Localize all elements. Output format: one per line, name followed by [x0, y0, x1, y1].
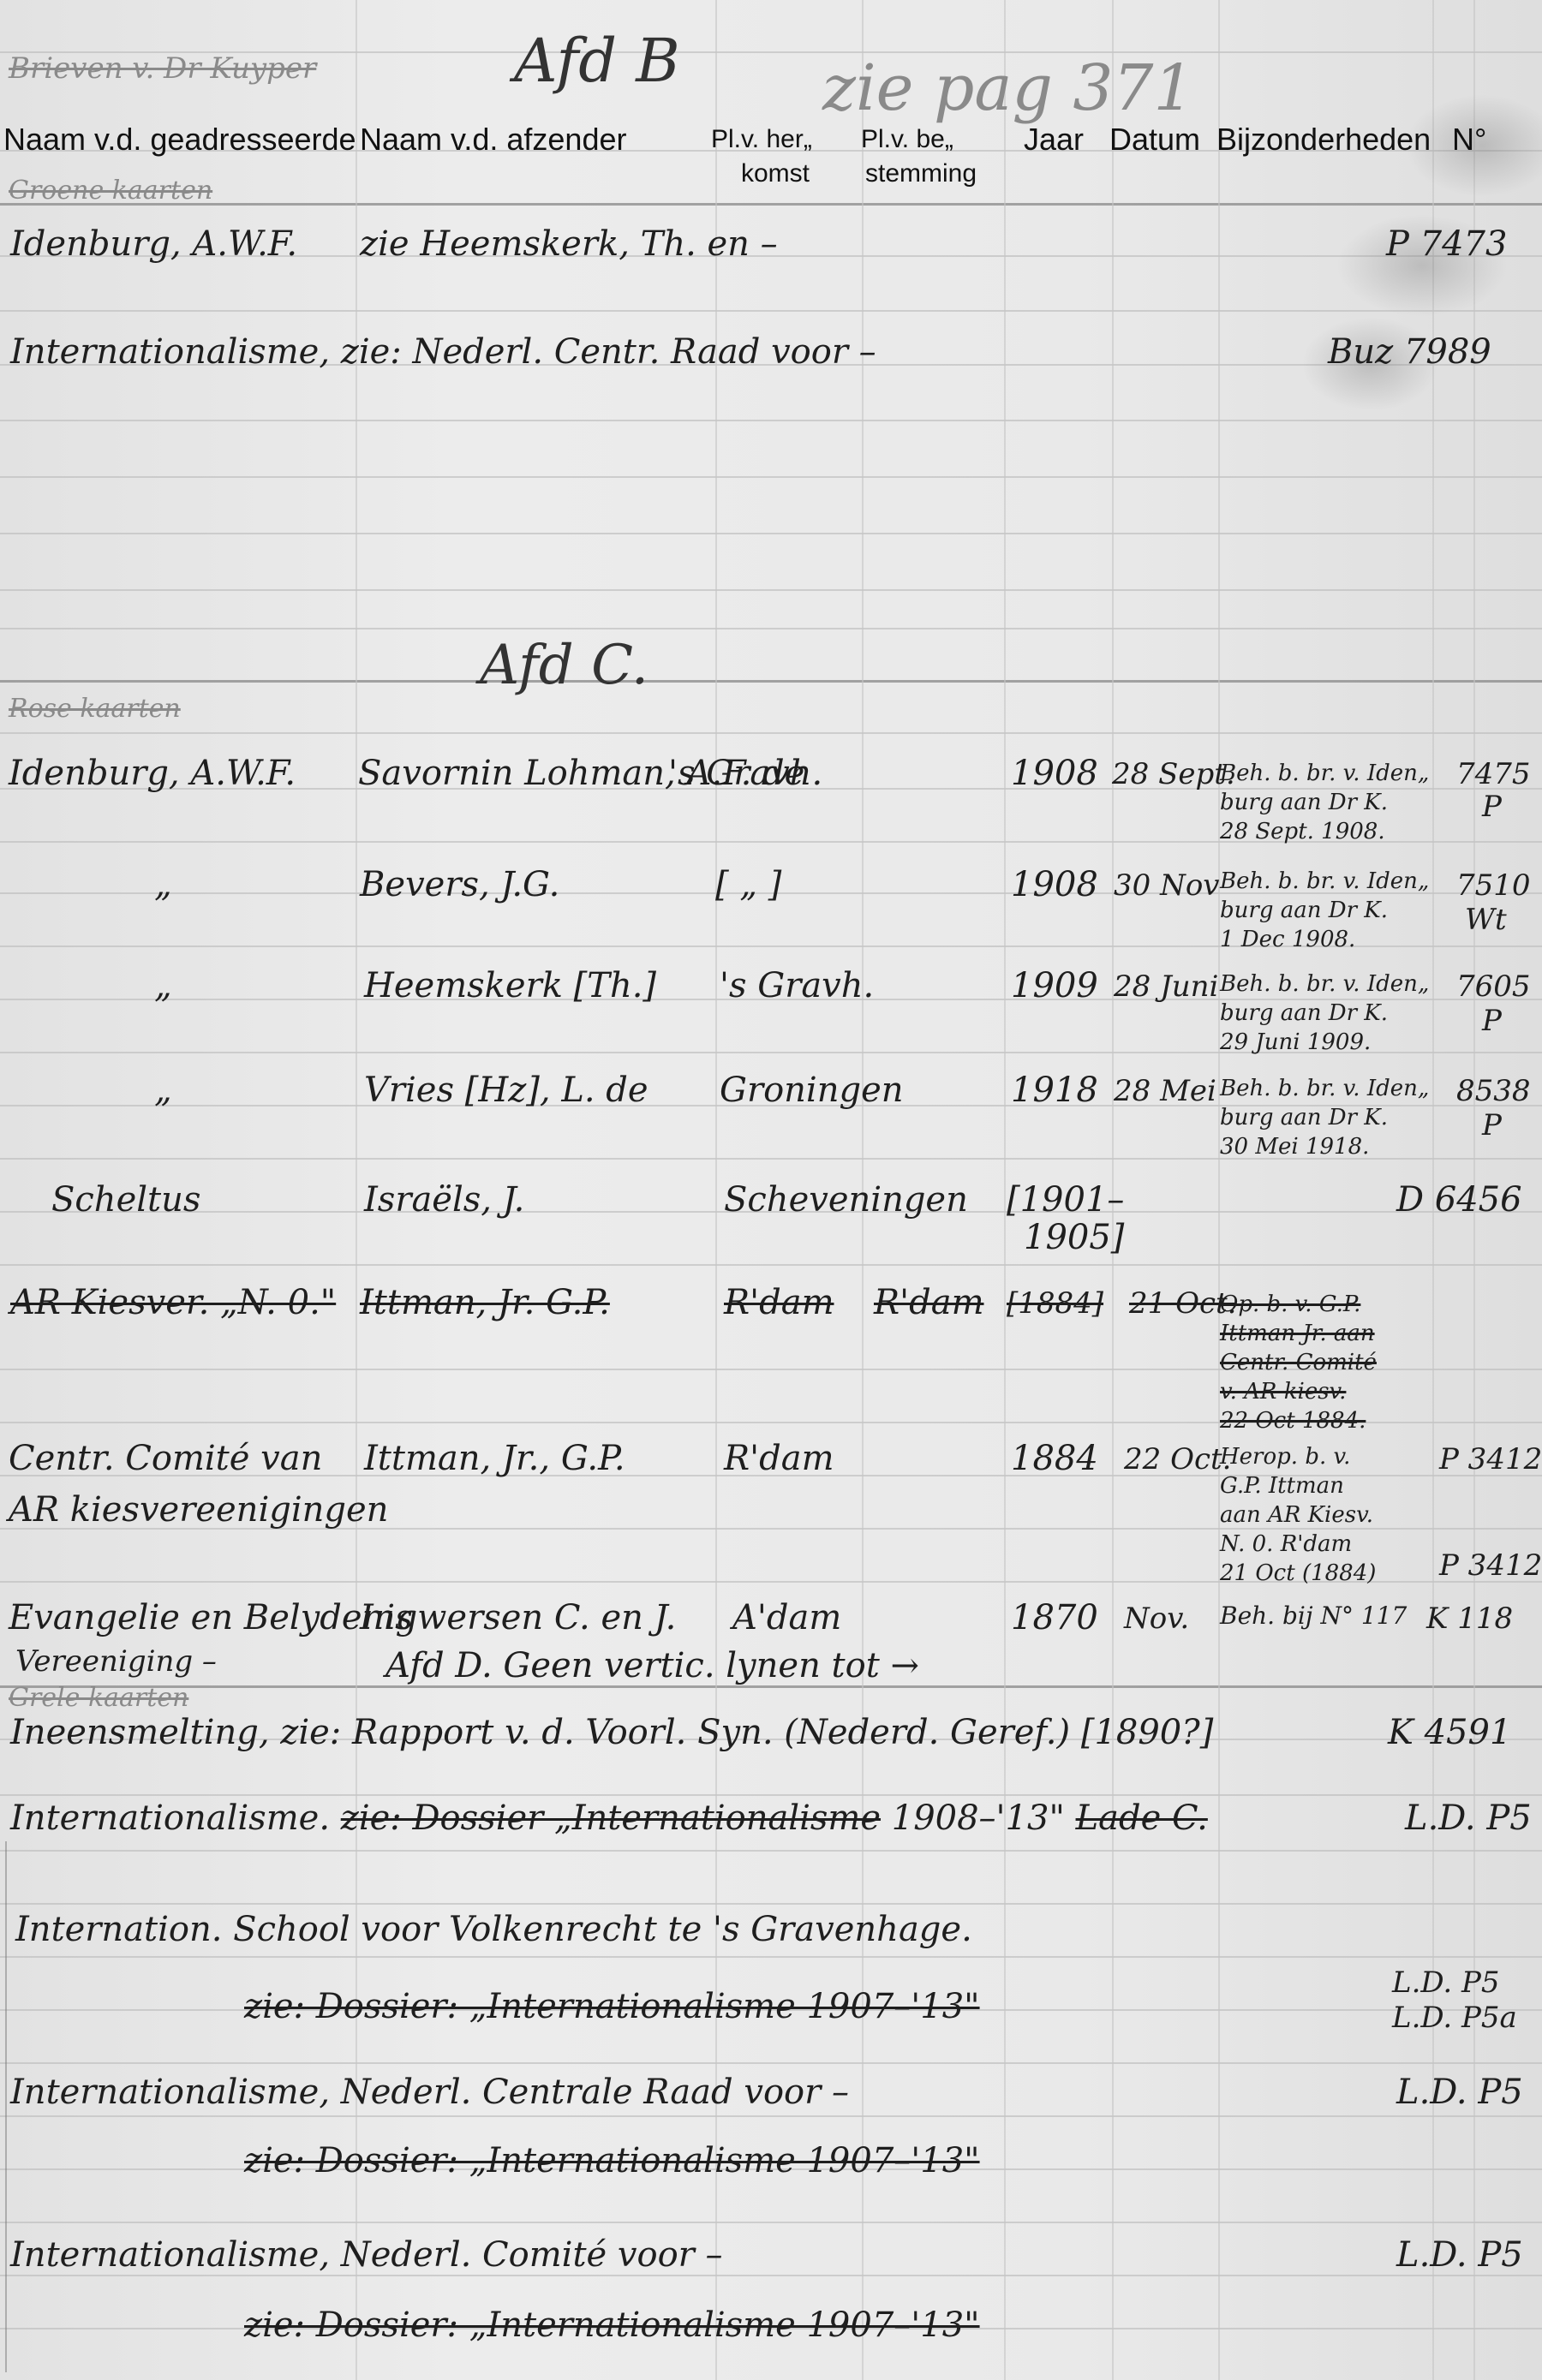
ruled-line [0, 1956, 1542, 1958]
row-c8-nummer: K 118 [1426, 1602, 1513, 1636]
row-c5-geadresseerde: Scheltus [51, 1180, 200, 1220]
row-c7-geadresseerde-2: AR kiesvereenigingen [9, 1490, 388, 1530]
detail-line: Ittman Jr. aan [1220, 1319, 1377, 1348]
row-d2-suffix: 1908–'13" [892, 1798, 1065, 1838]
detail-line: Centr. Comité [1220, 1348, 1377, 1377]
row-d1-text: Ineensmelting, zie: Rapport v. d. Voorl.… [10, 1713, 1213, 1752]
row-d3-nummer-2: L.D. P5a [1392, 2001, 1517, 2035]
row-c3-nummer: 7605 [1456, 969, 1531, 1004]
row-d2-text: Internationalisme. zie: Dossier „Interna… [10, 1798, 1208, 1838]
row-d3-nummer: L.D. P5 [1392, 1965, 1500, 2000]
row-c5-herkomst: Scheveningen [724, 1180, 968, 1220]
row-d5-text: Internationalisme, Nederl. Comité voor – [10, 2235, 723, 2275]
ruled-line [0, 589, 1542, 591]
ruled-line [0, 1794, 1542, 1796]
row-d4-line2: zie: Dossier: „Internationalisme 1907–'1… [244, 2141, 980, 2180]
ruled-line [0, 310, 1542, 312]
row-c5-afzender: Israëls, J. [364, 1180, 524, 1220]
afd-b-row-2-nummer: Buz 7989 [1328, 332, 1491, 372]
ledger-page: Brieven v. Dr Kuyper Afd B zie pag 371 N… [0, 0, 1542, 2380]
column-header-nummer: N° [1452, 122, 1486, 158]
row-c1-herkomst: 's Gravh. [668, 754, 822, 793]
row-c4-jaar: 1918 [1011, 1071, 1098, 1110]
row-c1-geadresseerde: Idenburg, A.W.F. [9, 754, 296, 793]
section-b-title: Afd B [514, 26, 680, 96]
row-c7-jaar: 1884 [1011, 1439, 1098, 1478]
row-c1-nummer: 7475 [1456, 757, 1531, 791]
detail-line: burg aan Dr K. [1220, 896, 1429, 925]
ruled-line [0, 2115, 1542, 2117]
section-c-title: Afd C. [480, 634, 648, 697]
afd-b-row-1-nummer: P 7473 [1386, 224, 1507, 264]
row-d2-struck: zie: Dossier „Internationalisme [341, 1798, 881, 1838]
row-c2-nummer-sub: Wt [1465, 903, 1507, 937]
row-c4-geadresseerde: „ [154, 1071, 172, 1110]
row-d2-lead: Internationalisme. [10, 1798, 341, 1838]
detail-line: burg aan Dr K. [1220, 999, 1429, 1028]
row-c4-herkomst: Groningen [720, 1071, 904, 1110]
column-header-geadresseerde: Naam v.d. geadresseerde [3, 122, 356, 158]
column-header-bestemming: Pl.v. be„ [861, 125, 953, 154]
detail-line: 21 Oct (1884) [1220, 1559, 1376, 1588]
header-rule [0, 203, 1542, 206]
ruled-line [0, 2275, 1542, 2276]
row-c8-bijzonderheden: Beh. bij N° 117 [1220, 1602, 1407, 1630]
row-c6-afzender: Ittman, Jr. G.P. [360, 1283, 610, 1322]
ruled-line [0, 2222, 1542, 2223]
detail-line: N. 0. R'dam [1220, 1530, 1376, 1559]
row-d4-nummer: L.D. P5 [1396, 2073, 1523, 2112]
row-c2-geadresseerde: „ [154, 865, 172, 904]
ruled-line [0, 476, 1542, 478]
column-header-herkomst-2: komst [741, 159, 810, 188]
row-c2-jaar: 1908 [1011, 865, 1098, 904]
section-rule [0, 1685, 1542, 1688]
detail-line: Beh. b. br. v. Iden„ [1220, 969, 1429, 999]
ruled-line [0, 732, 1542, 734]
row-c2-nummer: 7510 [1456, 868, 1531, 903]
ruled-line [0, 1264, 1542, 1266]
margin-mark [5, 1841, 7, 2372]
row-c2-bijzonderheden: Beh. b. br. v. Iden„ burg aan Dr K. 1 De… [1220, 867, 1429, 954]
row-c1-jaar: 1908 [1011, 754, 1098, 793]
struck-label-rose: Rose kaarten [9, 694, 181, 724]
row-d2-nummer: L.D. P5 [1405, 1798, 1532, 1838]
detail-line: Beh. b. br. v. Iden„ [1220, 867, 1429, 896]
detail-line: v. AR kiesv. [1220, 1377, 1377, 1406]
afd-b-row-1-geadresseerde: Idenburg, A.W.F. [10, 224, 297, 264]
row-c6-bestemming: R'dam [874, 1283, 984, 1322]
row-c8-geadresseerde-2: Vereeniging – [15, 1644, 217, 1679]
ruled-line [0, 1903, 1542, 1905]
detail-line: Herop. b. v. [1220, 1442, 1376, 1471]
row-c6-herkomst: R'dam [724, 1283, 834, 1322]
row-d5-nummer: L.D. P5 [1396, 2235, 1523, 2275]
row-c3-jaar: 1909 [1011, 966, 1098, 1005]
detail-line: Op. b. v. G.P. [1220, 1290, 1377, 1319]
row-c6-bijzonderheden: Op. b. v. G.P. Ittman Jr. aan Centr. Com… [1220, 1290, 1377, 1435]
row-c7-afzender: Ittman, Jr., G.P. [364, 1439, 625, 1478]
detail-line: 1 Dec 1908. [1220, 925, 1429, 954]
row-c1-bijzonderheden: Beh. b. br. v. Iden„ burg aan Dr K. 28 S… [1220, 759, 1429, 846]
struck-heading: Brieven v. Dr Kuyper [9, 51, 316, 86]
row-c3-bijzonderheden: Beh. b. br. v. Iden„ burg aan Dr K. 29 J… [1220, 969, 1429, 1057]
row-c8-jaar: 1870 [1011, 1598, 1098, 1637]
row-c4-nummer-sub: P [1482, 1108, 1502, 1142]
detail-line: 30 Mei 1918. [1220, 1132, 1429, 1161]
row-c7-nummer-2: P 3412 [1439, 1548, 1542, 1583]
row-c5-nummer: D 6456 [1396, 1180, 1522, 1220]
column-header-herkomst: Pl.v. her„ [711, 125, 812, 154]
afd-b-row-1-afzender: zie Heemskerk, Th. en – [360, 224, 778, 264]
detail-line: aan AR Kiesv. [1220, 1500, 1376, 1530]
detail-line: burg aan Dr K. [1220, 788, 1429, 817]
column-header-bestemming-2: stemming [865, 159, 977, 188]
row-c3-nummer-sub: P [1482, 1004, 1502, 1038]
row-c4-datum: 28 Mei [1114, 1074, 1216, 1108]
row-c2-herkomst: [ „ ] [715, 865, 781, 904]
row-c7-herkomst: R'dam [724, 1439, 834, 1478]
row-c3-afzender: Heemskerk [Th.] [364, 966, 656, 1005]
row-c7-nummer: P 3412 [1439, 1442, 1542, 1476]
row-d3-line2: zie: Dossier: „Internationalisme 1907–'1… [244, 1987, 980, 2026]
row-c4-bijzonderheden: Beh. b. br. v. Iden„ burg aan Dr K. 30 M… [1220, 1074, 1429, 1161]
row-c8-geadresseerde: Evangelie en Belydenis [9, 1598, 413, 1637]
column-header-afzender: Naam v.d. afzender [360, 122, 626, 158]
column-line [1218, 0, 1220, 2380]
ruled-line [0, 1850, 1542, 1852]
detail-line: Beh. b. br. v. Iden„ [1220, 1074, 1429, 1103]
row-c2-afzender: Bevers, J.G. [360, 865, 559, 904]
ruled-line [0, 420, 1542, 421]
row-c5-jaar-2: 1905] [1024, 1218, 1124, 1257]
row-c6-jaar: [1884] [1007, 1286, 1103, 1321]
detail-line: burg aan Dr K. [1220, 1103, 1429, 1132]
row-d5-line2: zie: Dossier: „Internationalisme 1907–'1… [244, 2305, 980, 2345]
detail-line: G.P. Ittman [1220, 1471, 1376, 1500]
detail-line: 28 Sept. 1908. [1220, 817, 1429, 846]
row-c8-afzender: Ingwersen C. en J. [360, 1598, 676, 1637]
row-c2-datum: 30 Nov [1114, 868, 1220, 903]
struck-label-grele: Grele kaarten [9, 1683, 188, 1713]
ruled-line [0, 533, 1542, 534]
row-c7-geadresseerde: Centr. Comité van [9, 1439, 322, 1478]
row-c8-herkomst: A'dam [732, 1598, 841, 1637]
row-d4-text: Internationalisme, Nederl. Centrale Raad… [10, 2073, 849, 2112]
column-header-jaar: Jaar [1024, 122, 1084, 158]
detail-line: 29 Juni 1909. [1220, 1028, 1429, 1057]
row-c3-datum: 28 Juni [1114, 969, 1218, 1004]
row-c3-herkomst: 's Gravh. [720, 966, 874, 1005]
section-rule [0, 680, 1542, 683]
ruled-line [0, 2062, 1542, 2064]
row-c7-datum: 22 Oct. [1124, 1442, 1231, 1476]
detail-line: Beh. b. br. v. Iden„ [1220, 759, 1429, 788]
cross-reference: zie pag 371 [822, 51, 1194, 125]
row-c3-geadresseerde: „ [154, 966, 172, 1005]
column-line [1004, 0, 1006, 2380]
row-d3-text: Internation. School voor Volkenrecht te … [15, 1910, 972, 1949]
row-c1-nummer-sub: P [1482, 790, 1502, 824]
row-c6-geadresseerde: AR Kiesver. „N. 0." [10, 1283, 336, 1322]
ruled-line [0, 628, 1542, 629]
row-c4-nummer: 8538 [1456, 1074, 1531, 1108]
row-c7-bijzonderheden: Herop. b. v. G.P. Ittman aan AR Kiesv. N… [1220, 1442, 1376, 1588]
struck-label-groene: Groene kaarten [9, 176, 212, 206]
column-header-bijzonderheden: Bijzonderheden [1216, 122, 1431, 158]
row-c4-afzender: Vries [Hz], L. de [364, 1071, 648, 1110]
row-c1-datum: 28 Sept. [1112, 757, 1235, 791]
afd-b-row-2-text: Internationalisme, zie: Nederl. Centr. R… [10, 332, 876, 372]
row-c5-jaar: [1901– [1007, 1180, 1124, 1220]
row-c8-datum: Nov. [1124, 1602, 1189, 1636]
detail-line: 22 Oct 1884. [1220, 1406, 1377, 1435]
column-header-datum: Datum [1109, 122, 1200, 158]
section-d-note: Afd D. Geen vertic. lynen tot → [385, 1646, 919, 1685]
row-d2-struck-tail: Lade C. [1076, 1798, 1208, 1838]
row-d1-nummer: K 4591 [1388, 1713, 1511, 1752]
